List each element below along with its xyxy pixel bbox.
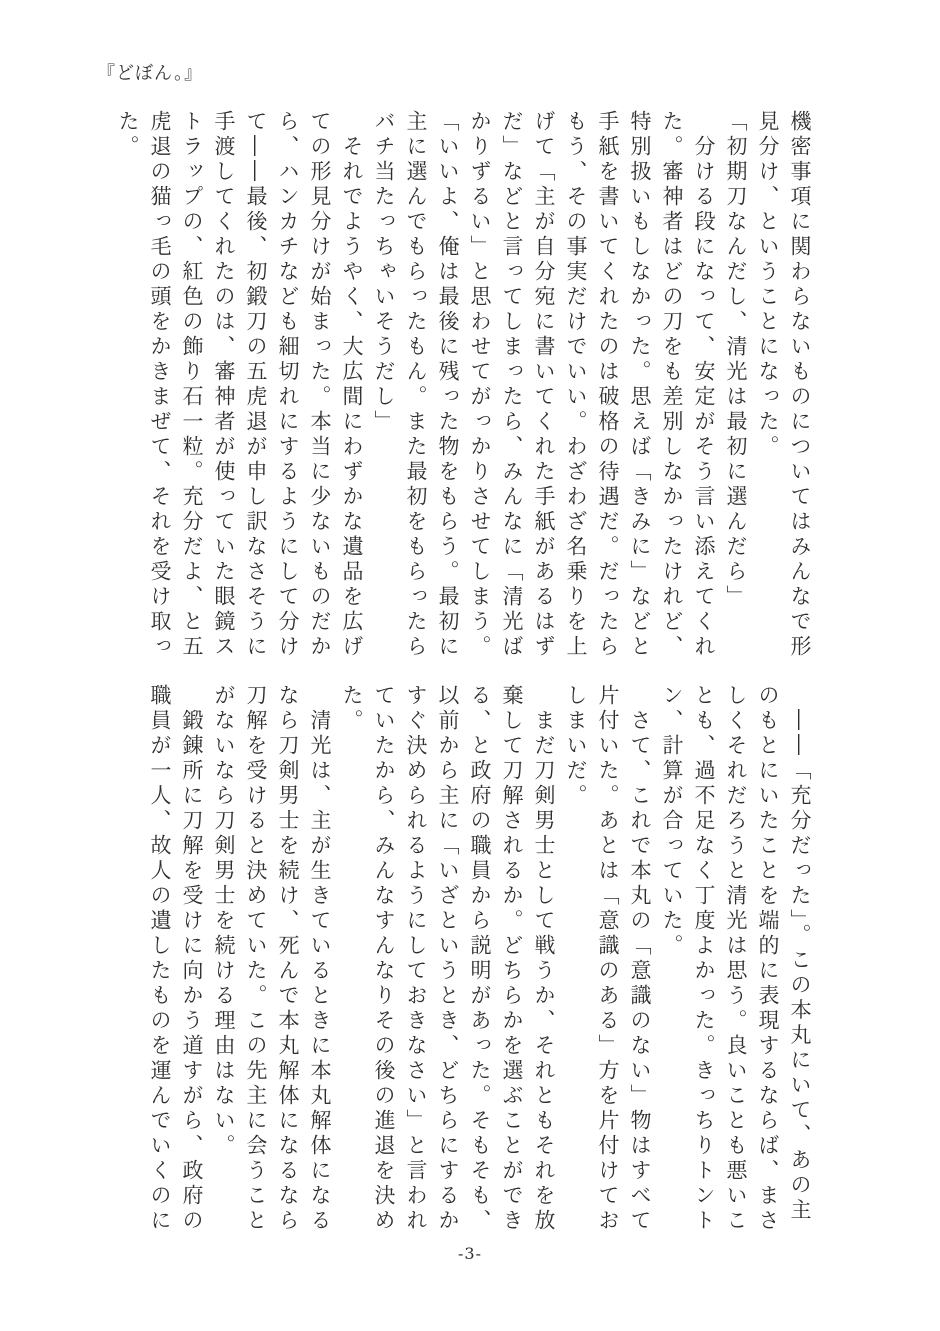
paragraph: 鍛錬所に刀解を受けに向かう道すがら、政府の職員が一人、故人の遺したものを運んでい… — [144, 684, 208, 1238]
paragraph: 分ける段になって、安定がそう言い添えてくれた。審神者はどの刀をも差別しなかったけ… — [464, 110, 720, 664]
document-page: 『どぼん。』 機密事項に関わらないものについてはみんなで形見分け、ということにな… — [0, 0, 940, 1331]
page-number: -3- — [0, 1244, 940, 1263]
paragraph: 「初期刀なんだし、清光は最初に選んだら」 — [720, 110, 752, 664]
lower-text-block: ――「充分だった」。この本丸にいて、あの主のもとにいたことを端的に表現するならば… — [112, 684, 816, 1238]
paragraph: 機密事項に関わらないものについてはみんなで形見分け、ということになった。 — [752, 110, 816, 664]
paragraph: 「いいよ、俺は最後に残った物をもらう。最初に主に選んでもらったもん。また最初をも… — [368, 110, 464, 664]
paragraph: さて、これで本丸の「意識のない」物はすべて片付いた。あとは「意識のある」方を片付… — [560, 684, 656, 1238]
upper-text-block: 機密事項に関わらないものについてはみんなで形見分け、ということになった。「初期刀… — [112, 110, 816, 664]
paragraph: それでようやく、大広間にわずかな遺品を広げての形見分けが始まった。本当に少ないも… — [112, 110, 368, 664]
paragraph: ――「充分だった」。この本丸にいて、あの主のもとにいたことを端的に表現するならば… — [656, 684, 816, 1238]
page-title: 『どぼん。』 — [97, 63, 203, 85]
paragraph: まだ刀剣男士として戦うか、それともそれを放棄して刀解されるか。どちらかを選ぶこと… — [336, 684, 560, 1238]
paragraph: 清光は、主が生きているときに本丸解体になるなら刀剣男士を続け、死んで本丸解体にな… — [208, 684, 336, 1238]
